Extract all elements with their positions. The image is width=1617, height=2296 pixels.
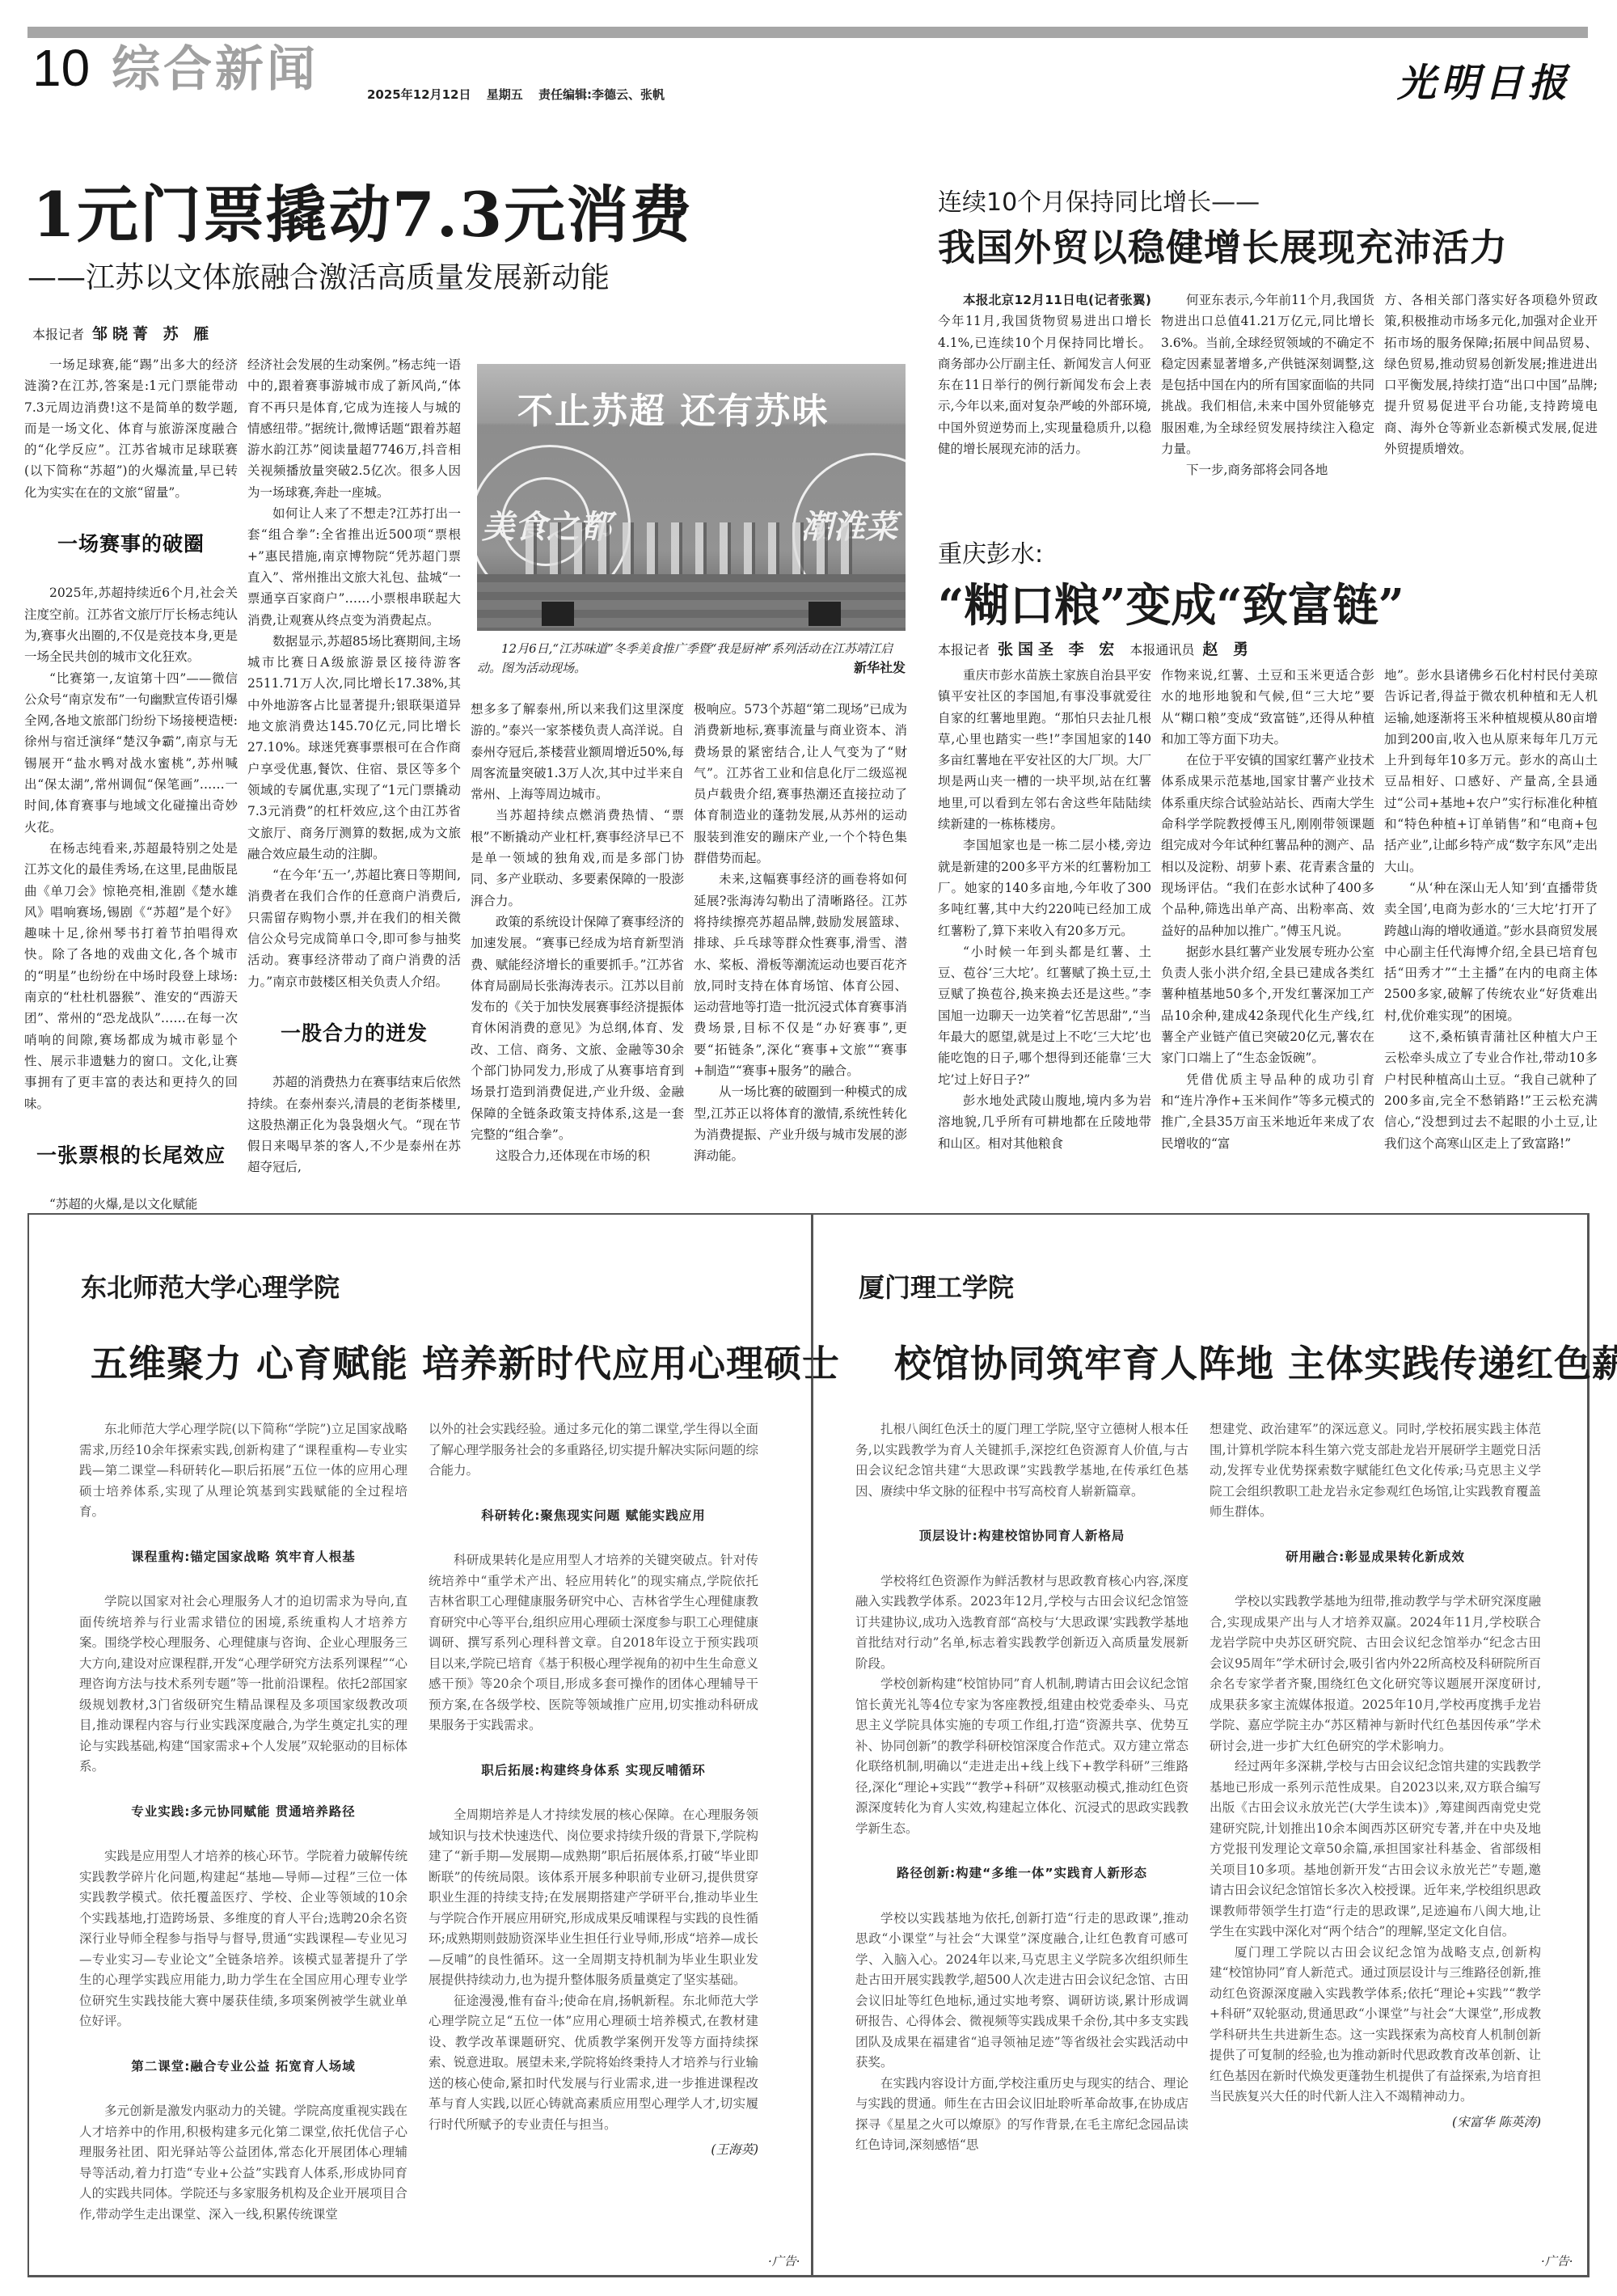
byline-names: 邹晓菁 苏 雁	[92, 325, 213, 343]
paragraph: 2025年,苏超持续近6个月,社会关注度空前。江苏省文旅厅厅长杨志纯认为,赛事火…	[24, 582, 238, 667]
section-heading: 第二课堂:融合专业公益 拓宽育人场域	[79, 2057, 407, 2078]
pengshui-headline: “糊口粮”变成“致富链”	[938, 570, 1404, 635]
lead-column-2: 经济社会发展的生动案例。”杨志纯一语中的,跟着赛事游城市成了新风尚,“体育不再只…	[247, 354, 461, 1178]
section-heading: 职后拓展:构建终身体系 实现反哺循环	[429, 1761, 758, 1782]
paragraph: 科研成果转化是应用型人才培养的关键突破点。针对传统培养中“重学术产出、轻应用转化…	[429, 1550, 758, 1736]
trade-kicker: 连续10个月保持同比增长——	[938, 182, 1260, 218]
advert-right-tag: ·广告·	[1541, 2252, 1573, 2269]
speaker-left	[542, 602, 574, 626]
paragraph: “比赛第一,友谊第十四”——微信公众号“南京发布”一句幽默宣传语引爆全网,各地文…	[24, 668, 238, 838]
section-heading: 路径创新:构建“多维一体”实践育人新形态	[855, 1863, 1188, 1884]
author-signature: (王海英)	[429, 2140, 758, 2161]
photo-caption: 12月6日,“江苏味道”冬季美食推广季暨“我是厨神”系列活动在江苏靖江启动。图为…	[477, 639, 906, 678]
photo-banner-text: 不止苏超 还有苏味	[517, 382, 829, 433]
paragraph: 作物来说,红薯、土豆和玉米更适合彭水的地形地貌和气候,但“三大坨”要从“糊口粮”…	[1161, 665, 1374, 750]
paragraph: 本报北京12月11日电(记者张翼)今年11月,我国货物贸易进出口增长4.1%,已…	[938, 290, 1151, 459]
paragraph: 下一步,商务部将会同各地	[1161, 459, 1374, 480]
paragraph: 李国旭家也是一栋二层小楼,旁边就是新建的200多平方米的红薯粉加工厂。她家的14…	[938, 835, 1151, 941]
lead-column-4: 极响应。573个苏超“第二现场”已成为消费新地标,赛事流量与商业资本、消费场景的…	[694, 699, 907, 1167]
trade-headline: 我国外贸以稳健增长展现充沛活力	[938, 218, 1508, 272]
pengshui-column-1: 重庆市彭水苗族土家族自治县平安镇平安社区的李国旭,有事没事就爱往自家的红薯地里跑…	[938, 665, 1151, 1154]
dateline: 本报北京12月11日电(记者张翼)	[963, 293, 1151, 307]
trade-column-2: 何亚东表示,今年前11个月,我国货物进出口总值41.21万亿元,同比增长3.6%…	[1161, 290, 1374, 481]
paragraph: 学院以国家对社会心理服务人才的迫切需求为导向,直面传统培养与行业需求错位的困境,…	[79, 1592, 407, 1778]
section-name: 综合新闻	[112, 45, 319, 94]
section-heading: 一场赛事的破圈	[24, 534, 238, 555]
paragraph: 全周期培养是人才持续发展的核心保障。在心理服务领域知识与技术快速迭代、岗位要求持…	[429, 1805, 758, 1991]
paragraph: “从‘种在深山无人知’到‘直播带货卖全国’,电商为彭水的‘三大坨’打开了跨越山海…	[1384, 877, 1598, 1026]
paragraph-text: 今年11月,我国货物贸易进出口增长4.1%,已连续10个月保持同比增长。商务部办…	[938, 314, 1151, 456]
lead-subheadline: ——江苏以文体旅融合激活高质量发展新动能	[27, 264, 610, 293]
advert-right-column-2: 想建党、政治建军”的深远意义。同时,学校拓展实践主体范围,计算机学院本科生第六党…	[1210, 1419, 1541, 2133]
advert-left-institution: 东北师范大学心理学院	[81, 1267, 340, 1304]
paragraph: 如何让人来了不想走?江苏打出一套“组合拳”:全省推出近500项“票根+”惠民措施…	[247, 503, 461, 631]
paragraph: 彭水地处武陵山腹地,境内多为岩溶地貌,几乎所有可耕地都在丘陵地带和山区。相对其他…	[938, 1090, 1151, 1154]
byline-label: 本报记者	[938, 642, 990, 658]
paragraph: 征途漫漫,惟有奋斗;使命在肩,扬帆新程。东北师范大学心理学院立足“五位一体”应用…	[429, 1991, 758, 2136]
byline-names: 赵 勇	[1202, 641, 1253, 658]
advert-left-column-1: 东北师范大学心理学院(以下简称“学院”)立足国家战略需求,历经10余年探索实践,…	[79, 1419, 407, 2225]
paragraph: 实践是应用型人才培养的核心环节。学院着力破解传统实践教学碎片化问题,构建起“基地…	[79, 1846, 407, 2032]
advert-left-title: 五维聚力 心育赋能 培养新时代应用心理硕士	[91, 1334, 840, 1388]
paragraph: 当苏超持续点燃消费热情、“票根”不断撬动产业杠杆,赛事经济早已不是单一领域的独角…	[471, 805, 684, 911]
paragraph: 学校将红色资源作为鲜活教材与思政教育核心内容,深度融入实践教学体系。2023年1…	[855, 1571, 1188, 1675]
photo-credit: 新华社发	[830, 658, 906, 678]
section-heading: 课程重构:锚定国家战略 筑牢育人根基	[79, 1547, 407, 1568]
paragraph: 未来,这幅赛事经济的画卷将如何延展?张海涛勾勒出了清晰路径。江苏将持续擦亮苏超品…	[694, 869, 907, 1081]
event-photo: 不止苏超 还有苏味 美食之都 潮淮菜	[477, 364, 906, 631]
paragraph: “小时候一年到头都是红薯、土豆、苞谷‘三大坨’。红薯赋了换土豆,土豆赋了换苞谷,…	[938, 941, 1151, 1090]
byline-label: 本报通讯员	[1129, 642, 1194, 658]
performers-group	[526, 522, 857, 579]
issue-date: 2025年12月12日	[367, 87, 471, 102]
paragraph: 一场足球赛,能“踢”出多大的经济涟漪?在江苏,答案是:1元门票能带动7.3元周边…	[24, 354, 238, 503]
paragraph: 在位于平安镇的国家红薯产业技术体系成果示范基地,国家甘薯产业技术体系重庆综合试验…	[1161, 750, 1374, 941]
pengshui-kicker: 重庆彭水:	[938, 534, 1043, 569]
lead-byline: 本报记者邹晓菁 苏 雁	[32, 322, 213, 344]
lead-column-3: 想多多了解泰州,所以来我们这里深度游的。”泰兴一家茶楼负责人高洋说。自泰州夺冠后…	[471, 699, 684, 1167]
paragraph: “在今年‘五一’,苏超比赛日等期间,消费者在我们合作的任意商户消费后,只需留存购…	[247, 865, 461, 992]
section-heading: 科研转化:聚焦现实问题 赋能实践应用	[429, 1506, 758, 1527]
paragraph: “苏超的火爆,是以文化赋能	[24, 1194, 238, 1215]
paragraph: 经过两年多深耕,学校与古田会议纪念馆共建的实践教学基地已形成一系列示范性成果。自…	[1210, 1757, 1541, 1943]
paragraph: 学校以实践基地为依托,创新打造“行走的思政课”,推动思政“小课堂”与社会“大课堂…	[855, 1909, 1188, 2074]
responsible-editors: 责任编辑:李德云、张帆	[538, 87, 665, 102]
advert-left-tag: ·广告·	[768, 2252, 800, 2269]
advert-left-column-2: 以外的社会实践经验。通过多元化的第二课堂,学生得以全面了解心理学服务社会的多重路…	[429, 1419, 758, 2161]
paragraph: 何亚东表示,今年前11个月,我国货物进出口总值41.21万亿元,同比增长3.6%…	[1161, 290, 1374, 459]
advert-right-institution: 厦门理工学院	[859, 1267, 1014, 1304]
paragraph: 方、各相关部门落实好各项稳外贸政策,积极推动市场多元化,加强对企业开拓市场的服务…	[1384, 290, 1598, 459]
issue-weekday: 星期五	[487, 87, 523, 102]
advert-right-title: 校馆协同筑牢育人阵地 主体实践传递红色薪火	[894, 1334, 1617, 1388]
newspaper-masthead-logo: 光明日报	[1397, 52, 1572, 108]
paragraph: 这股合力,还体现在市场的积	[471, 1145, 684, 1166]
author-signature: (宋富华 陈英涛)	[1210, 2112, 1541, 2133]
paragraph: 在杨志纯看来,苏超最特别之处是江苏文化的最佳秀场,在这里,昆曲版昆曲《单刀会》惊…	[24, 838, 238, 1114]
pengshui-column-2: 作物来说,红薯、土豆和玉米更适合彭水的地形地貌和气候,但“三大坨”要从“糊口粮”…	[1161, 665, 1374, 1154]
header-meta: 2025年12月12日 星期五 责任编辑:李德云、张帆	[367, 86, 676, 103]
paragraph: 数据显示,苏超85场比赛期间,主场城市比赛日A级旅游景区接待游客2511.71万…	[247, 631, 461, 865]
byline-label: 本报记者	[32, 327, 84, 342]
paragraph: 扎根八闽红色沃土的厦门理工学院,坚守立德树人根本任务,以实践教学为育人关键抓手,…	[855, 1419, 1188, 1502]
lead-headline: 1元门票撬动7.3元消费	[32, 184, 693, 246]
trade-column-1: 本报北京12月11日电(记者张翼)今年11月,我国货物贸易进出口增长4.1%,已…	[938, 290, 1151, 459]
section-heading: 一股合力的迸发	[247, 1023, 461, 1044]
paragraph: 在实践内容设计方面,学校注重历史与现实的结合、理论与实践的贯通。师生在古田会议旧…	[855, 2074, 1188, 2156]
byline-names: 张国圣 李 宏	[998, 641, 1119, 658]
section-heading: 专业实践:多元协同赋能 贯通培养路径	[79, 1802, 407, 1823]
paragraph: 想建党、政治建军”的深远意义。同时,学校拓展实践主体范围,计算机学院本科生第六党…	[1210, 1419, 1541, 1523]
section-heading: 一张票根的长尾效应	[24, 1145, 238, 1166]
paragraph: 据彭水县红薯产业发展专班办公室负责人张小洪介绍,全县已建成各类红薯种植基地50多…	[1161, 941, 1374, 1069]
paragraph: 厦门理工学院以古田会议纪念馆为战略支点,创新构建“校馆协同”育人新范式。通过顶层…	[1210, 1943, 1541, 2108]
advert-right-column-1: 扎根八闽红色沃土的厦门理工学院,坚守立德树人根本任务,以实践教学为育人关键抓手,…	[855, 1419, 1188, 2156]
paragraph: 这不,桑柘镇青蒲社区种植大户王云松牵头成立了专业合作社,带动10多户村民种植高山…	[1384, 1026, 1598, 1154]
lead-column-1: 一场足球赛,能“踢”出多大的经济涟漪?在江苏,答案是:1元门票能带动7.3元周边…	[24, 354, 238, 1215]
trade-column-3: 方、各相关部门落实好各项稳外贸政策,积极推动市场多元化,加强对企业开拓市场的服务…	[1384, 290, 1598, 459]
paragraph: 地”。彭水县诸佛乡石化村村民付美琼告诉记者,得益于微农机种植和无人机运输,她逐渐…	[1384, 665, 1598, 877]
page-number: 10	[32, 42, 90, 94]
paragraph: 学校以实践教学基地为纽带,推动教学与学术研究深度融合,实现成果产出与人才培养双赢…	[1210, 1592, 1541, 1757]
section-heading: 研用融合:彰显成果转化新成效	[1210, 1547, 1541, 1568]
paragraph: 极响应。573个苏超“第二现场”已成为消费新地标,赛事流量与商业资本、消费场景的…	[694, 699, 907, 869]
paragraph: 重庆市彭水苗族土家族自治县平安镇平安社区的李国旭,有事没事就爱往自家的红薯地里跑…	[938, 665, 1151, 835]
paragraph: 以外的社会实践经验。通过多元化的第二课堂,学生得以全面了解心理学服务社会的多重路…	[429, 1419, 758, 1482]
speaker-right	[808, 602, 841, 626]
paragraph: 经济社会发展的生动案例。”杨志纯一语中的,跟着赛事游城市成了新风尚,“体育不再只…	[247, 354, 461, 503]
paragraph: 东北师范大学心理学院(以下简称“学院”)立足国家战略需求,历经10余年探索实践,…	[79, 1419, 407, 1523]
section-heading: 顶层设计:构建校馆协同育人新格局	[855, 1526, 1188, 1547]
paragraph: 从一场比赛的破圈到一种模式的成型,江苏正以将体育的激情,系统性转化为消费提振、产…	[694, 1081, 907, 1166]
paragraph: 想多多了解泰州,所以来我们这里深度游的。”泰兴一家茶楼负责人高洋说。自泰州夺冠后…	[471, 699, 684, 805]
paragraph: 苏超的消费热力在赛事结束后依然持续。在泰州泰兴,清晨的老街茶楼里,这股热潮正化为…	[247, 1072, 461, 1178]
pengshui-byline: 本报记者张国圣 李 宏 本报通讯员赵 勇	[938, 637, 1253, 659]
pengshui-column-3: 地”。彭水县诸佛乡石化村村民付美琼告诉记者,得益于微农机种植和无人机运输,她逐渐…	[1384, 665, 1598, 1154]
paragraph: 学校创新构建“校馆协同”育人机制,聘请古田会议纪念馆馆长黄光礼等4位专家为客座教…	[855, 1674, 1188, 1839]
header-rule	[27, 27, 1588, 38]
paragraph: 多元创新是激发内驱动力的关键。学院高度重视实践在人才培养中的作用,积极构建多元化…	[79, 2101, 407, 2225]
paragraph: 凭借优质主导品种的成功引育和“连片净作+玉米间作”等多元模式的推广,全县35万亩…	[1161, 1069, 1374, 1154]
paragraph: 政策的系统设计保障了赛事经济的加速发展。“赛事已经成为培育新型消费、赋能经济增长…	[471, 911, 684, 1145]
